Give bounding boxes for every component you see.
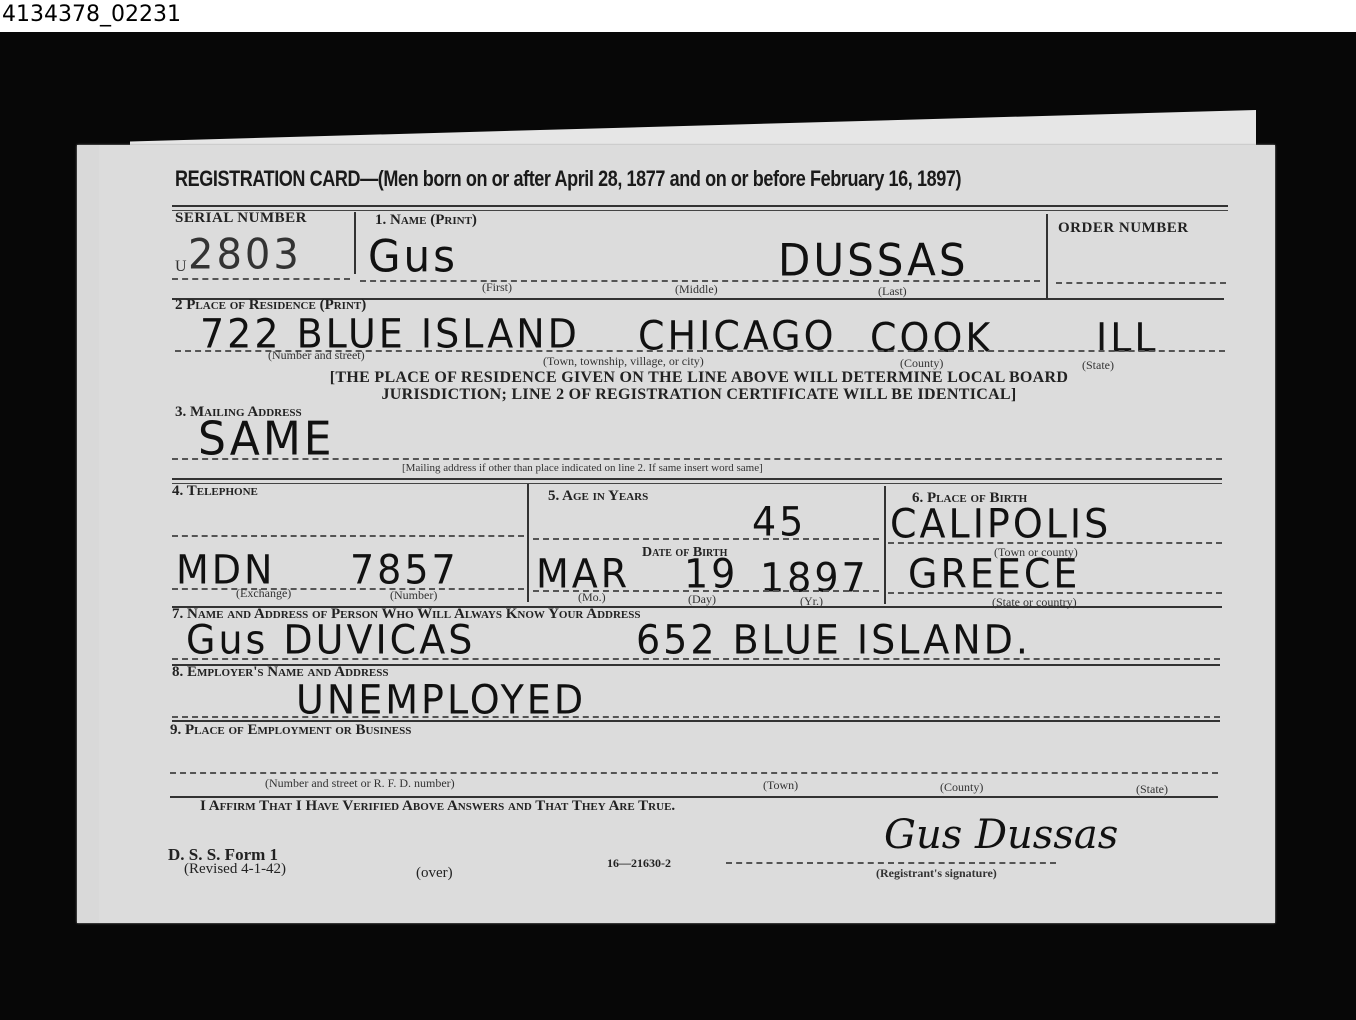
last-name-value: DUSSAS (778, 235, 969, 286)
employment-street-caption: (Number and street or R. F. D. number) (265, 776, 455, 791)
dotted-line (172, 278, 350, 280)
first-name-value: Gus (368, 231, 458, 282)
print-code: 16—21630-2 (607, 856, 671, 871)
over-note: (over) (416, 865, 453, 882)
card-title: REGISTRATION CARD—(Men born on or after … (175, 166, 961, 192)
divider (884, 486, 886, 604)
dotted-line (888, 542, 1222, 544)
dotted-line (170, 772, 1218, 774)
dotted-line (172, 658, 1220, 660)
name-label: 1. Name (Print) (375, 212, 477, 229)
middle-caption: (Middle) (675, 282, 718, 297)
rule (172, 210, 1228, 211)
contact-person-name-value: Gus DUVICAS (186, 617, 475, 663)
first-caption: (First) (482, 280, 512, 295)
dotted-line (172, 535, 524, 537)
employment-town-caption: (Town) (763, 778, 798, 793)
divider (527, 484, 529, 602)
street-caption: (Number and street) (268, 348, 365, 363)
dotted-line (172, 588, 524, 590)
rule (172, 478, 1222, 480)
registrant-signature: Gus Dussas (884, 812, 1118, 858)
birth-country-value: GREECE (908, 551, 1080, 597)
employment-county-caption: (County) (940, 780, 983, 795)
jurisdiction-notice-line1: [THE PLACE OF RESIDENCE GIVEN ON THE LIN… (240, 369, 1158, 386)
dotted-line (1056, 282, 1226, 284)
telephone-number-value: 7857 (350, 547, 459, 593)
affirmation-text: I Affirm That I Have Verified Above Answ… (200, 798, 675, 815)
day-caption: (Day) (688, 592, 716, 607)
dotted-line (888, 592, 1222, 594)
signature-caption: (Registrant's signature) (876, 866, 997, 881)
serial-prefix: U (175, 258, 187, 276)
town-caption: (Town, township, village, or city) (543, 354, 704, 369)
residence-town-value: CHICAGO (638, 313, 837, 359)
place-of-employment-label: 9. Place of Employment or Business (170, 722, 411, 739)
contact-person-address-value: 652 BLUE ISLAND. (636, 617, 1031, 663)
form-revision: (Revised 4-1-42) (184, 861, 286, 878)
serial-number-label: SERIAL NUMBER (175, 210, 307, 227)
birth-town-value: CALIPOLIS (890, 501, 1111, 547)
number-caption: (Number) (390, 588, 437, 603)
residence-state-value: ILL (1096, 315, 1159, 361)
dotted-line (533, 538, 879, 540)
dotted-line (172, 458, 1222, 460)
dotted-line (172, 716, 1220, 718)
order-number-label: ORDER NUMBER (1058, 220, 1189, 237)
jurisdiction-notice-line2: JURISDICTION; LINE 2 OF REGISTRATION CER… (240, 386, 1158, 403)
employment-state-caption: (State) (1136, 782, 1168, 797)
exchange-caption: (Exchange) (236, 586, 291, 601)
mailing-caption: [Mailing address if other than place ind… (402, 462, 763, 474)
month-caption: (Mo.) (578, 590, 606, 605)
age-label: 5. Age in Years (548, 488, 648, 505)
rule (172, 205, 1228, 207)
rule (172, 483, 1222, 484)
last-caption: (Last) (878, 284, 907, 299)
signature-line (726, 862, 1056, 864)
telephone-label: 4. Telephone (172, 483, 258, 500)
image-caption: 4134378_02231 (0, 0, 1356, 32)
serial-number-value: 2803 (188, 231, 302, 279)
residence-county-value: COOK (870, 315, 993, 361)
divider (354, 212, 356, 274)
divider (1046, 214, 1048, 298)
